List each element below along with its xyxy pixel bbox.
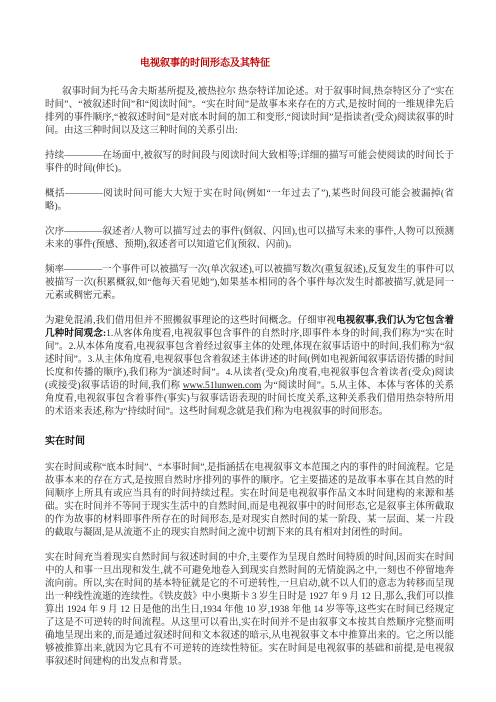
section-paragraph-2: 实在时间充当着现实自然时间与叙述时间的中介,主要作为呈现自然时间特质的时间,因而… bbox=[45, 552, 454, 669]
term-dash: ———— bbox=[64, 265, 102, 275]
document-page: 电视叙事的时间形态及其特征 叙事时间为托马舍夫斯基所提及,被热拉尔 热奈特详加论… bbox=[0, 0, 496, 702]
intro-paragraph: 叙事时间为托马舍夫斯基所提及,被热拉尔 热奈特详加论述。对于叙事时间,热奈特区分… bbox=[45, 86, 454, 138]
term-label: 概括 bbox=[45, 189, 65, 199]
term-label: 次序 bbox=[45, 227, 64, 237]
term-dash: ———— bbox=[64, 227, 102, 237]
term-definition: 阅读时间可能大大短于实在时间(例如“一年过去了”),某些时间段可能会被漏掉(省略… bbox=[45, 189, 454, 212]
section-heading-real-time: 实在时间 bbox=[45, 435, 454, 448]
term-definition: 叙述者/人物可以描写过去的事件(倒叙、闪回),也可以描写未来的事件,人物可以预测… bbox=[45, 227, 454, 250]
term-item-summary: 概括————阅读时间可能大大短于实在时间(例如“一年过去了”),某些时间段可能会… bbox=[45, 188, 454, 214]
term-item-duration: 持续————在场面中,被叙写的时间段与阅读时间大致相等;详细的描写可能会使阅读的… bbox=[45, 150, 454, 176]
section-paragraph-1: 实在时间或称“底本时间”、“本事时间”,是指涵括在电视叙事文本范围之内的事件的时… bbox=[45, 462, 454, 540]
term-label: 频率 bbox=[45, 265, 64, 275]
document-title: 电视叙事的时间形态及其特征 bbox=[45, 57, 454, 70]
concepts-paragraph: 为避免混淆,我们借用但并不照搬叙事理论的这些时间概念。仔细审视电视叙事,我们认为… bbox=[45, 315, 454, 419]
concepts-lead: 为避免混淆,我们借用但并不照搬叙事理论的这些时间概念。仔细审视 bbox=[45, 316, 336, 326]
term-definition: 一个事件可以被描写一次(单次叙述),可以被描写数次(重复叙述),反复发生的事件可… bbox=[45, 265, 454, 301]
term-label: 持续 bbox=[45, 151, 64, 161]
term-dash: ———— bbox=[65, 189, 103, 199]
term-item-order: 次序————叙述者/人物可以描写过去的事件(倒叙、闪回),也可以描写未来的事件,… bbox=[45, 226, 454, 252]
external-link[interactable]: www.51lunwen.com bbox=[183, 381, 262, 391]
term-dash: ———— bbox=[64, 151, 102, 161]
term-item-frequency: 频率————一个事件可以被描写一次(单次叙述),可以被描写数次(重复叙述),反复… bbox=[45, 264, 454, 303]
term-definition: 在场面中,被叙写的时间段与阅读时间大致相等;详细的描写可能会使阅读的时间长于事件… bbox=[45, 151, 454, 174]
